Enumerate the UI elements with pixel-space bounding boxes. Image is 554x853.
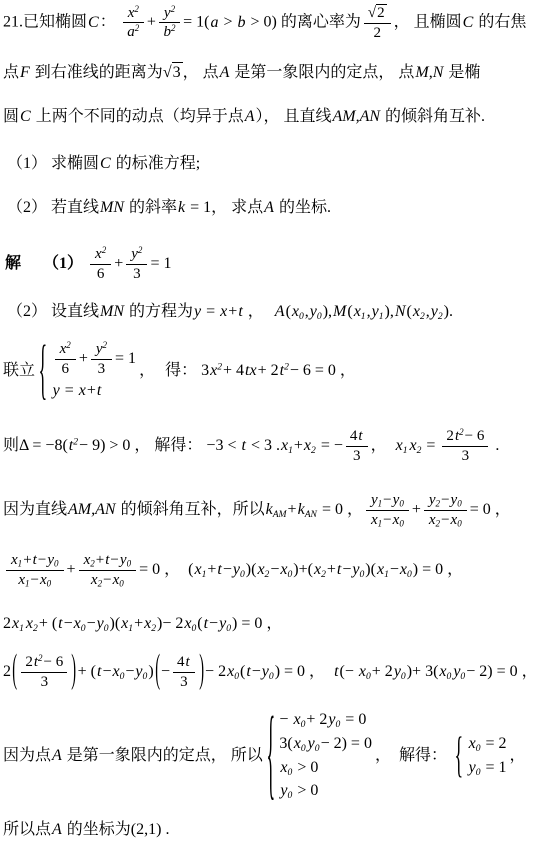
superscript: 2 [171,4,176,14]
math-variable: t [185,654,191,670]
solution-discriminant-vieta: 则Δ = −8(t2− 9) > 0 ， 解得： −3 < t < 3 .x1+… [3,428,499,465]
math-variable: A [244,108,256,125]
math-variable: x0 [73,615,87,632]
problem-statement-line-3: 圆C 上两个不同的动点（均异于点A）， 且直线AM,AN 的倾斜角互补. [3,107,485,128]
math-text: 3 [133,266,141,282]
denominator: 3 [346,447,368,465]
superscript: 2 [73,437,78,448]
math-text: − 6 [465,428,485,444]
equation-system: {x26+y23= 1y = x+t [38,341,136,401]
math-text: − 2) = 0 [321,735,372,752]
math-variable: A [274,303,286,320]
math-text: + [412,501,421,518]
denominator: 2 [364,24,391,42]
numerator: x2 [90,246,111,265]
math-text: ), [385,303,394,320]
math-text: 是第一象限内的定点， 所以 [63,747,263,764]
subscript: 0 [104,623,109,634]
subscript: 0 [127,559,132,569]
math-variable: x0 [279,561,293,578]
math-variable: y2 [430,303,444,320]
subscript: 0 [399,499,404,509]
math-text: + 4 [223,362,244,379]
subscript: 2 [151,623,156,634]
subscript: 2 [33,623,38,634]
radicand: 3 [172,62,183,84]
solution-system-solve: 因为点A 是第一象限内的定点， 所以{− x0+ 2y0 = 03(x0y0− … [3,710,526,802]
math-text: ( [347,303,352,320]
denominator: 6 [55,360,76,378]
math-variable: x0 [279,759,293,776]
math-variable: x0 [112,572,125,588]
subscript: 0 [226,623,231,634]
subscript: 0 [366,671,371,682]
system-row: − x0+ 2y0 = 0 [279,710,366,731]
math-variable: C [462,14,475,31]
system-row: x26+y23= 1 [52,341,136,378]
math-text: − [87,615,96,632]
subscript: 2 [321,569,326,580]
math-text: − [110,552,118,568]
math-text: ， [510,747,526,764]
math-text: 3 [353,448,361,464]
numerator: √2 [364,4,391,24]
math-text: − [103,572,111,588]
math-text: = [422,437,439,454]
subscript: 2 [98,579,103,589]
subscript: 2 [417,445,422,456]
subscript: 2 [420,311,425,322]
math-text: 因为直线 [3,501,67,518]
math-variable: x1 [11,615,25,632]
math-variable: x2 [83,552,96,568]
math-text: − 2 [205,663,226,680]
denominator: x2−x0 [424,511,467,529]
subscript: 0 [460,671,465,682]
math-text: + [23,552,31,568]
math-text: + ( [78,663,96,680]
superscript: 2 [66,340,71,350]
question-part-1: （1） 求椭圆C 的标准方程; [7,154,200,175]
system-row: x0 = 2 [468,734,507,755]
math-variable: k [177,199,186,216]
big-parenthesis: ( [12,646,17,698]
math-text: ). [444,303,453,320]
math-variable: x0 [438,663,452,680]
math-variable: x1 [280,437,294,454]
left-brace-icon: { [38,338,47,405]
math-text: 3 [41,674,49,690]
math-variable: x2 [313,561,327,578]
math-text: 3( [279,735,292,752]
subscript: 0 [81,623,86,634]
math-variable: t2 [33,654,44,670]
math-text: 是椭 [444,64,480,81]
big-parenthesis: ) [72,646,77,698]
math-text: + [114,255,123,272]
left-brace-icon: { [266,705,275,807]
math-variable: y0 [309,303,323,320]
superscript: 2 [284,362,289,373]
math-text: 4 [177,654,185,670]
math-text: − 2) = 0 ， [466,663,537,680]
math-text: 3 [180,674,188,690]
subscript: 0 [301,743,306,754]
numerator: 2t2− 6 [442,428,488,447]
math-fraction: y23 [126,246,147,283]
superscript: 2 [103,340,108,350]
math-variable: x [78,382,87,399]
math-text: 6 [97,266,105,282]
subscript: 1 [25,579,30,589]
math-variable: A [51,821,63,838]
math-variable: x0 [291,303,305,320]
equation-system: {− x0+ 2y0 = 03(x0y0− 2) = 0x0 > 0y0 > 0 [266,710,372,802]
left-brace-icon: { [454,731,463,781]
math-text: = 0 ， [318,501,363,518]
system-rows: x0 = 2y0 = 1 [468,734,507,779]
math-variable: MN [99,303,125,320]
subscript: AM [273,509,287,520]
math-variable: x1 [17,572,30,588]
math-variable: a2 [126,24,140,40]
math-text: 因为点 [3,747,51,764]
subscript: 0 [476,766,481,777]
math-square-root: √2 [368,4,387,22]
math-variable: x0 [450,512,463,528]
math-fraction: x2a2 [123,5,144,42]
math-text: （1） 求椭圆 [7,155,99,172]
math-text: + [147,14,156,31]
numerator: y1−y0 [366,492,409,511]
math-fraction: y2−y0x2−x0 [424,492,467,529]
subscript: 0 [299,311,304,322]
math-variable: y2 [428,492,441,508]
subscript: 0 [315,743,320,754]
math-variable: y0 [119,552,132,568]
denominator: 3 [173,673,195,691]
math-variable: x [219,303,228,320]
math-fraction: y2b2 [159,5,180,42]
numerator: x2 [55,341,76,360]
math-text: ( [197,615,202,632]
denominator: x1−x0 [6,571,64,589]
math-text: 则Δ = −8( [3,437,68,454]
superscript: 2 [171,23,176,33]
math-text: (− [340,663,358,680]
subscript: 1 [361,311,366,322]
math-text: > 0 [293,782,318,799]
math-text: > 0 [293,759,318,776]
math-variable: x1 [376,561,390,578]
math-text: = [202,303,219,320]
math-variable: x2 [143,615,157,632]
math-text: − [209,615,218,632]
math-variable: y2 [95,341,108,357]
subscript: 0 [240,569,245,580]
math-text: + [134,615,143,632]
math-fraction: x26 [55,341,76,378]
math-text: ) = 0 ， [275,663,325,680]
math-variable: b [237,14,247,31]
math-variable: y0 [232,561,246,578]
math-text: ) [148,663,153,680]
denominator: 6 [90,265,111,283]
math-text: + [67,561,76,578]
subscript: 1 [403,445,408,456]
math-fraction: 2t2− 63 [21,654,67,691]
math-variable: x2 [127,5,140,21]
solution-simplified-equation: 2(2t2− 63)+ (t−x0−y0)(−4t3)− 2x0(t−y0) =… [3,654,538,691]
math-fraction: y23 [91,341,112,378]
math-text: 2 [377,5,385,21]
math-text: 21.已知椭圆 [3,14,87,31]
math-text: 3 [98,361,106,377]
math-text: = 1 [481,759,506,776]
math-text: < 3 . [247,437,280,454]
subscript: 0 [476,743,481,754]
numerator: x1+t−y0 [6,552,64,571]
math-text: ， [371,437,387,454]
subscript: 0 [399,519,404,529]
math-variable: t [96,382,102,399]
math-fraction: 2t2− 63 [442,428,488,465]
math-variable: x0 [292,711,306,728]
superscript: 2 [134,4,139,14]
math-variable: t2 [68,437,79,454]
math-text: 3 [173,64,181,81]
math-text: 6 [61,361,69,377]
denominator: a2 [123,23,144,41]
math-text: 的倾斜角互补. [381,108,485,125]
math-text: − [383,492,391,508]
math-text: 2 [3,663,11,680]
solution-slope-sum-zero: 因为直线AM,AN 的倾斜角互补，所以kAM+kAN = 0 ，y1−y0x1−… [3,492,511,529]
math-text: + [327,561,336,578]
math-variable: x2 [25,615,39,632]
math-variable: x0 [293,735,307,752]
math-text: 解得： [399,747,451,764]
math-text: = 0 ， [470,501,511,518]
numerator: 4t [173,654,195,673]
numerator: 2t2− 6 [21,654,67,673]
system-rows: − x0+ 2y0 = 03(x0y0− 2) = 0x0 > 0y0 > 0 [279,710,372,802]
superscript: 2 [217,362,222,373]
math-variable: x1 [395,437,409,454]
math-text: 得： 3 [165,362,209,379]
solution-final-answer: 所以点A 的坐标为(2,1) . [3,820,169,841]
math-variable: tx [244,362,258,379]
subscript: 0 [288,766,293,777]
math-variable: y0 [134,663,148,680]
denominator: 3 [21,673,67,691]
math-variable: a [209,14,219,31]
math-text: 所以点 [3,821,51,838]
math-variable: MN [99,199,125,216]
superscript: 2 [138,245,143,255]
math-square-root: √3 [163,62,183,84]
math-variable: t2 [279,362,290,379]
subscript: 0 [336,719,341,730]
math-text: 2 [446,428,454,444]
subscript: 0 [407,569,412,580]
math-variable: M [332,303,347,320]
math-variable: y0 [393,663,407,680]
math-text: ) = 0 ， [232,615,282,632]
subscript: 0 [457,519,462,529]
subscript: 2 [438,311,443,322]
subscript: 0 [191,623,196,634]
math-text: 是第一象限内的定点， 点 [230,64,414,81]
math-variable: x2 [90,572,103,588]
system-rows: x26+y23= 1y = x+t [52,341,136,401]
math-fraction: x2+t−y0x2−x0 [79,552,137,589]
math-variable: M,N [414,64,444,81]
math-fraction: 4t3 [173,654,195,691]
math-variable: x0 [392,512,405,528]
numerator: 4t [346,428,368,447]
math-variable: x0 [183,615,197,632]
math-text: 的标准方程; [112,155,200,172]
solution-part-2-setup: （2） 设直线MN 的方程为y = x+t ，A(x0,y0),M(x1,y1)… [7,302,453,323]
subscript: 0 [287,569,292,580]
math-text: = [61,382,78,399]
system-row: y0 = 1 [468,758,507,779]
denominator: b2 [159,23,180,41]
math-variable: x2 [209,362,223,379]
solution-vieta-substituted: 2x1x2+ (t−x0−y0)(x1+x2)− 2x0(t−y0) = 0 ， [3,614,282,635]
math-variable: x2 [428,512,441,528]
math-fraction: x26 [90,246,111,283]
math-variable: AM,AN [332,108,382,125]
math-variable: b2 [163,24,177,40]
subscript: 2 [311,445,316,456]
math-text: = 0 [341,711,366,728]
math-text: + 2 [258,362,279,379]
math-text: − [161,663,170,680]
math-variable: kAM [265,501,288,518]
big-parenthesis: ) [199,646,204,698]
math-variable: x1 [120,615,134,632]
math-text: ， 且椭圆 [394,14,462,31]
subscript: 0 [269,671,274,682]
math-text: . [491,437,499,454]
math-text: + [228,303,237,320]
math-text: 2 [25,654,33,670]
math-variable: y0 [96,615,110,632]
problem-statement-line-1: 21.已知椭圆C： x2a2+y2b2= 1(a > b > 0) 的离心率为√… [3,4,526,42]
math-text: 的倾斜角互补，所以 [117,501,265,518]
math-variable: y0 [307,735,321,752]
math-text: ： [100,14,120,31]
math-variable: y0 [392,492,405,508]
math-variable: F [19,64,31,81]
math-text: 的坐标. [275,199,331,216]
math-variable: x1 [370,512,383,528]
math-text: − 6 [44,654,64,670]
math-variable: y0 [351,561,365,578]
math-variable: AM,AN [67,501,117,518]
math-variable: y2 [130,246,143,262]
system-row: y = x+t [52,381,103,402]
numerator: x2+t−y0 [79,552,137,571]
subscript: 0 [317,311,322,322]
math-variable: y1 [371,303,385,320]
math-text: − [383,512,391,528]
math-text: )+ 3( [407,663,439,680]
math-variable: A [263,199,275,216]
subscript: 1 [128,623,133,634]
math-text: 2 [373,25,381,41]
radicand: 2 [376,4,387,22]
math-text: 圆 [3,108,19,125]
math-variable: y0 [46,552,59,568]
subscript: 2 [436,499,441,509]
system-row: x0 > 0 [279,758,318,779]
math-text: − 6 = 0 ， [290,362,356,379]
numerator: y2−y0 [424,492,467,511]
subscript: 0 [120,671,125,682]
math-variable: y1 [370,492,383,508]
math-text: + [288,501,297,518]
math-variable: t2 [454,428,465,444]
math-text: 解 [5,255,21,272]
subscript: 0 [447,671,452,682]
subscript: 0 [301,719,306,730]
math-text: = 1 [150,255,171,272]
math-variable: C [99,155,112,172]
math-text: − [223,561,232,578]
math-text: （2） 设直线 [7,303,99,320]
math-text: 3 [462,448,470,464]
radical-icon: √ [368,5,376,22]
math-text: 点 [3,64,19,81]
math-text: 的斜率 [125,199,177,216]
math-text: − [390,561,399,578]
math-variable: y0 [468,759,482,776]
math-variable: x0 [226,663,240,680]
math-text: − [31,572,39,588]
math-text: = 1， 求点 [186,199,263,216]
math-text: = 1 [115,350,136,367]
subscript: 0 [288,790,293,801]
math-variable: A [51,747,63,764]
subscript: 0 [143,671,148,682]
subscript: 1 [19,623,24,634]
math-text: 2 [3,615,11,632]
subscript: 1 [378,519,383,529]
math-text: )( [246,561,257,578]
math-text: ， [375,747,391,764]
superscript: 2 [102,245,107,255]
subscript: 1 [379,311,384,322]
radical-icon: √ [163,63,172,84]
math-text: 的方程为 [125,303,193,320]
math-text: ， [244,303,264,320]
math-text: = 0 ， [139,561,180,578]
math-text: ， [139,362,155,379]
math-text: 到右准线的距离为 [31,64,163,81]
math-variable: x2 [303,437,317,454]
superscript: 2 [135,23,140,33]
math-fraction: x1+t−y0x1−x0 [6,552,64,589]
math-text: 联立 [3,362,35,379]
math-text: （1） [43,255,83,272]
math-text: ， 点 [183,64,219,81]
denominator: 3 [91,360,112,378]
math-text: + [79,350,88,367]
math-text: − [441,512,449,528]
